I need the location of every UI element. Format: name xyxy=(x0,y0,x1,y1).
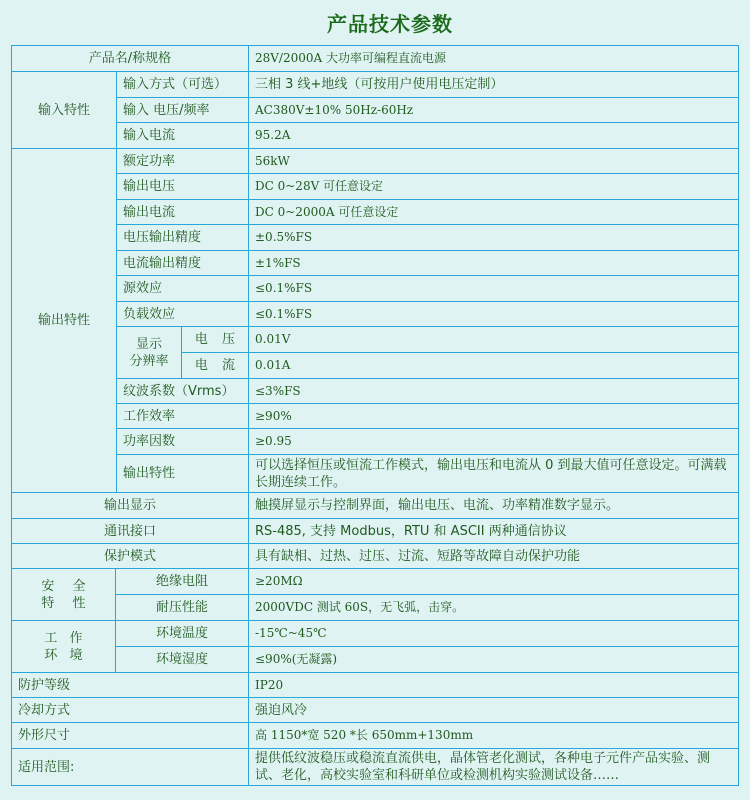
output-voltage-value: DC 0~28V 可任意设定 xyxy=(248,173,739,200)
protection-mode-label: 保护模式 xyxy=(11,543,249,569)
output-display-label: 输出显示 xyxy=(11,492,249,519)
ripple-label: 纹波系数（Vrms） xyxy=(116,378,249,404)
power-factor-value: ≥0.95 xyxy=(248,428,739,455)
dimensions-value: 高 1150*宽 520 *长 650mm+130mm xyxy=(248,722,739,749)
output-current-value: DC 0~2000A 可任意设定 xyxy=(248,199,739,225)
source-effect-label: 源效应 xyxy=(116,275,249,302)
cooling-value: 强迫风冷 xyxy=(248,697,739,723)
output-characteristics-label: 输出特性 xyxy=(116,454,249,493)
efficiency-value: ≥90% xyxy=(248,403,739,429)
environment-group-label: 工 作 环 境 xyxy=(11,620,116,673)
resolution-current-value: 0.01A xyxy=(248,352,739,379)
withstand-voltage-value: 2000VDC 测试 60S，无飞弧，击穿。 xyxy=(248,594,739,621)
ripple-value: ≤3%FS xyxy=(248,378,739,404)
ambient-humidity-value: ≤90%(无凝露) xyxy=(248,646,739,673)
input-current-label: 输入电流 xyxy=(116,122,249,149)
load-effect-value: ≤0.1%FS xyxy=(248,301,739,327)
power-factor-label: 功率因数 xyxy=(116,428,249,455)
resolution-current-label: 电 流 xyxy=(181,352,249,379)
insulation-value: ≥20MΩ xyxy=(248,568,739,595)
protection-grade-value: IP20 xyxy=(248,672,739,698)
output-characteristics-value: 可以选择恒压或恒流工作模式，输出电压和电流从 0 到最大值可任意设定。可满载长期… xyxy=(248,454,739,493)
withstand-voltage-label: 耐压性能 xyxy=(115,594,249,621)
comm-interface-value: RS-485, 支持 Modbus，RTU 和 ASCII 两种通信协议 xyxy=(248,518,739,544)
ambient-humidity-label: 环境湿度 xyxy=(115,646,249,673)
display-resolution-label: 显示 分辨率 xyxy=(116,326,182,379)
voltage-accuracy-label: 电压输出精度 xyxy=(116,224,249,251)
dimensions-label: 外形尺寸 xyxy=(11,722,249,749)
input-voltage-label: 输入 电压/频率 xyxy=(116,97,249,123)
input-current-value: 95.2A xyxy=(248,122,739,149)
application-value: 提供低纹波稳压或稳流直流供电，晶体管老化测试，各种电子元件产品实验、测试、老化，… xyxy=(248,748,739,786)
protection-grade-label: 防护等级 xyxy=(11,672,249,698)
page-title: 产品技术参数 xyxy=(0,8,750,37)
application-label: 适用范围: xyxy=(11,748,249,786)
product-name-value: 28V/2000A 大功率可编程直流电源 xyxy=(248,45,739,72)
current-accuracy-label: 电流输出精度 xyxy=(116,250,249,276)
input-mode-value: 三相 3 线+地线（可按用户使用电压定制） xyxy=(248,71,739,98)
environment-line2: 环 境 xyxy=(44,647,82,664)
source-effect-value: ≤0.1%FS xyxy=(248,275,739,302)
ambient-temp-value: -15℃~45℃ xyxy=(248,620,739,647)
safety-line2: 特 性 xyxy=(41,595,85,612)
voltage-accuracy-value: ±0.5%FS xyxy=(248,224,739,251)
efficiency-label: 工作效率 xyxy=(116,403,249,429)
input-mode-label: 输入方式（可选） xyxy=(116,71,249,98)
output-current-label: 输出电流 xyxy=(116,199,249,225)
resolution-current-text: 电 流 xyxy=(195,357,235,374)
input-group-label: 输入特性 xyxy=(11,71,117,149)
ambient-temp-label: 环境温度 xyxy=(115,620,249,647)
cooling-label: 冷却方式 xyxy=(11,697,249,723)
output-group-label: 输出特性 xyxy=(11,148,117,493)
resolution-voltage-value: 0.01V xyxy=(248,326,739,353)
rated-power-label: 额定功率 xyxy=(116,148,249,174)
input-voltage-value: AC380V±10% 50Hz-60Hz xyxy=(248,97,739,123)
display-resolution-line2: 分辨率 xyxy=(129,353,168,370)
display-resolution-line1: 显示 xyxy=(136,336,162,353)
comm-interface-label: 通讯接口 xyxy=(11,518,249,544)
insulation-label: 绝缘电阻 xyxy=(115,568,249,595)
product-name-label: 产品名/称规格 xyxy=(11,45,249,72)
safety-line1: 安 全 xyxy=(41,578,85,595)
resolution-voltage-text: 电 压 xyxy=(195,331,235,348)
safety-group-label: 安 全 特 性 xyxy=(11,568,116,621)
rated-power-value: 56kW xyxy=(248,148,739,174)
load-effect-label: 负载效应 xyxy=(116,301,249,327)
spec-table: 产品名/称规格 28V/2000A 大功率可编程直流电源 输入特性 输入方式（可… xyxy=(11,45,739,786)
output-display-value: 触摸屏显示与控制界面，输出电压、电流、功率精准数字显示。 xyxy=(248,492,739,519)
current-accuracy-value: ±1%FS xyxy=(248,250,739,276)
protection-mode-value: 具有缺相、过热、过压、过流、短路等故障自动保护功能 xyxy=(248,543,739,569)
output-voltage-label: 输出电压 xyxy=(116,173,249,200)
environment-line1: 工 作 xyxy=(44,630,82,647)
resolution-voltage-label: 电 压 xyxy=(181,326,249,353)
